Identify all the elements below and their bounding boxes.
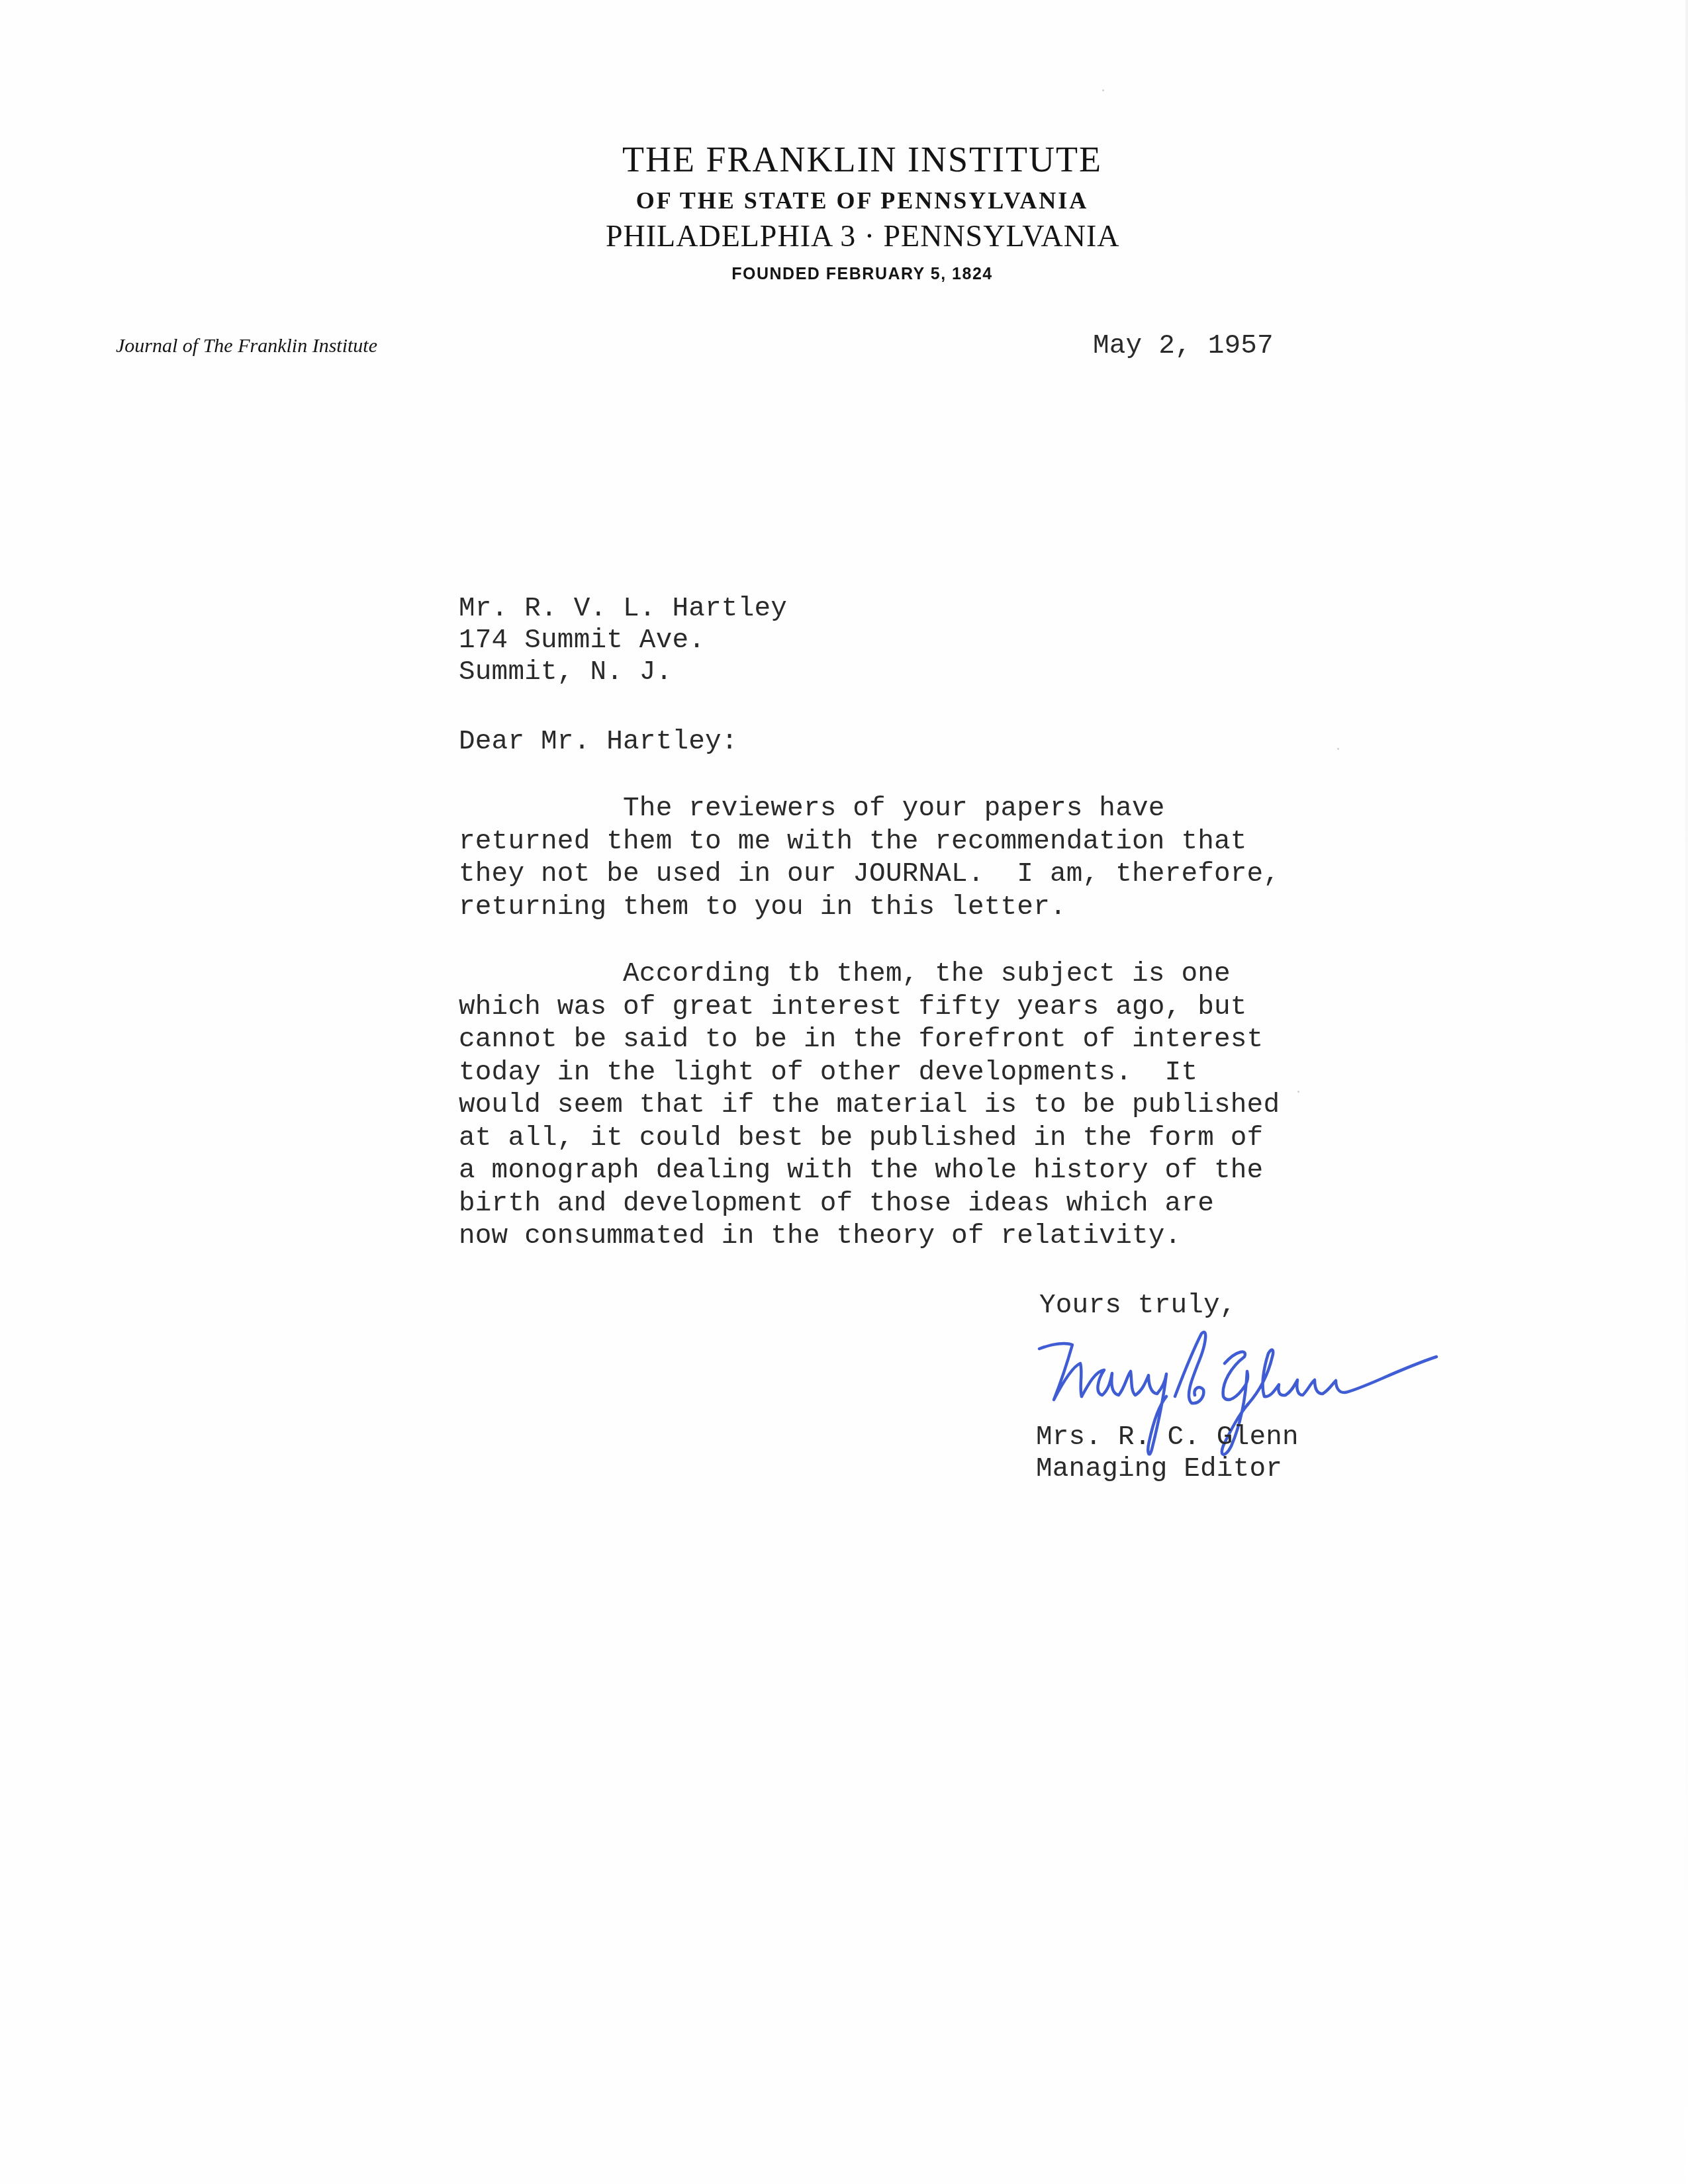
body-paragraph-1: The reviewers of your papers havereturne… (459, 793, 1280, 924)
body-line: today in the light of other developments… (459, 1057, 1280, 1090)
body-line: According tb them, the subject is one (459, 958, 1280, 991)
body-paragraph-2: According tb them, the subject is onewhi… (459, 958, 1280, 1253)
signer-block: Mrs. R. C. GlennManaging Editor (1036, 1422, 1299, 1485)
letterhead-founded: FOUNDED FEBRUARY 5, 1824 (606, 265, 1119, 284)
recipient-street: 174 Summit Ave. (459, 625, 787, 657)
body-line: would seem that if the material is to be… (459, 1089, 1280, 1122)
closing: Yours truly, (1039, 1291, 1237, 1321)
page-edge (1685, 0, 1688, 2184)
salutation: Dear Mr. Hartley: (459, 727, 738, 757)
body-line: The reviewers of your papers have (459, 793, 1280, 826)
signer-title: Managing Editor (1036, 1453, 1299, 1485)
body-line: they not be used in our JOURNAL. I am, t… (459, 858, 1280, 891)
letter-page: THE FRANKLIN INSTITUTE OF THE STATE OF P… (0, 0, 1688, 2184)
scan-speck (1297, 1091, 1299, 1093)
scan-speck (1337, 748, 1339, 750)
letter-date: May 2, 1957 (1093, 331, 1274, 361)
body-line: now consummated in the theory of relativ… (459, 1220, 1280, 1253)
body-line: a monograph dealing with the whole histo… (459, 1155, 1280, 1188)
body-line: at all, it could best be published in th… (459, 1122, 1280, 1156)
signer-name: Mrs. R. C. Glenn (1036, 1422, 1299, 1453)
recipient-name: Mr. R. V. L. Hartley (459, 593, 787, 625)
recipient-city: Summit, N. J. (459, 657, 787, 688)
scan-speck (1102, 89, 1104, 91)
letterhead-title: THE FRANKLIN INSTITUTE (606, 139, 1119, 180)
body-line: returned them to me with the recommendat… (459, 826, 1280, 859)
letterhead-subtitle: OF THE STATE OF PENNSYLVANIA (606, 187, 1119, 214)
body-line: cannot be said to be in the forefront of… (459, 1024, 1280, 1057)
journal-name: Journal of The Franklin Institute (116, 335, 377, 357)
recipient-address: Mr. R. V. L. Hartley174 Summit Ave.Summi… (459, 593, 787, 688)
body-line: which was of great interest fifty years … (459, 991, 1280, 1024)
body-line: birth and development of those ideas whi… (459, 1188, 1280, 1221)
body-line: returning them to you in this letter. (459, 891, 1280, 925)
letterhead-location: PHILADELPHIA 3 · PENNSYLVANIA (606, 218, 1119, 253)
